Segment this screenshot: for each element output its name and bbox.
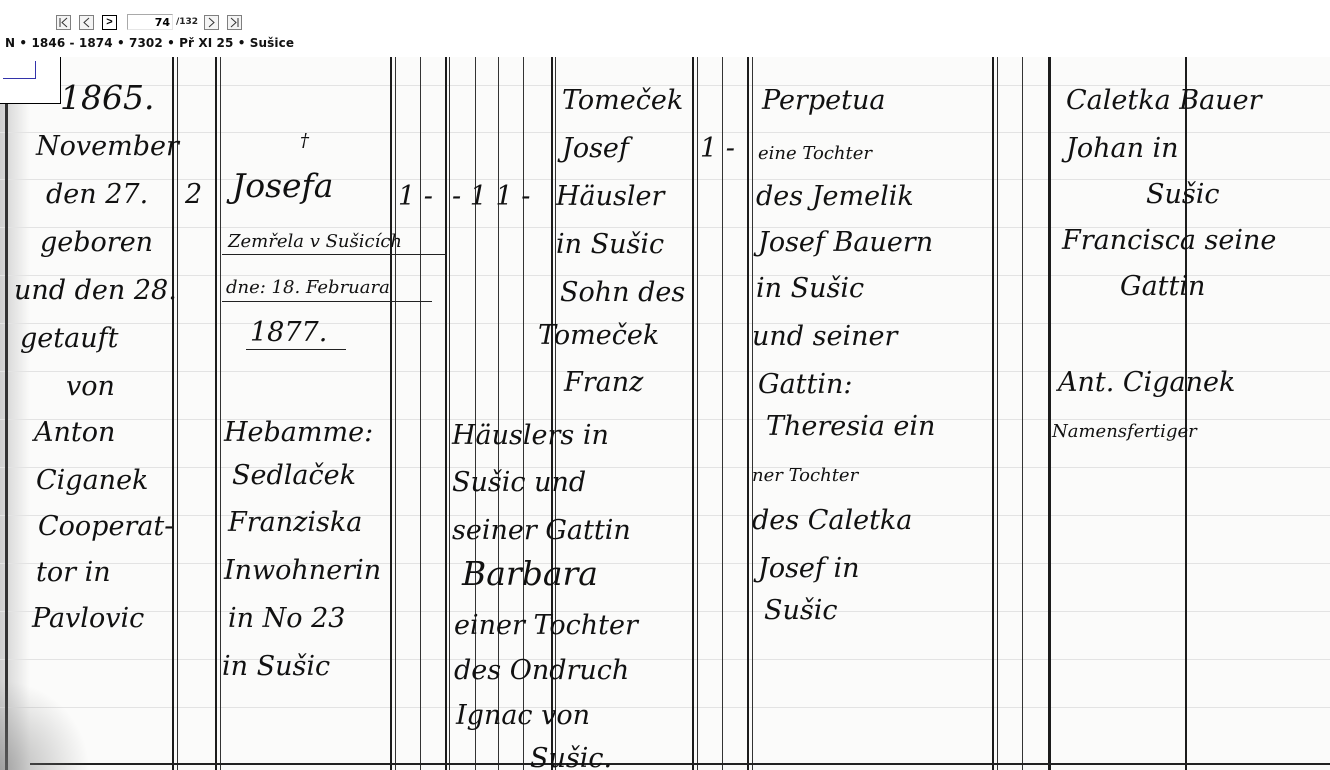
godparents-text: Gattin xyxy=(1120,273,1205,300)
mother-father-surname: des Jemelik xyxy=(756,183,914,210)
father-text: Sušic. xyxy=(530,745,612,770)
father-text: Häuslers in xyxy=(452,422,609,449)
entry-month: November xyxy=(36,133,179,160)
baptizer-name: Anton xyxy=(34,419,115,446)
column-rule xyxy=(172,57,174,770)
father-tally: 1 - xyxy=(700,135,735,162)
mother-grandfather-name: Josef in xyxy=(758,555,860,582)
mother-text: ner Tochter xyxy=(752,467,858,485)
entry-year: 1865. xyxy=(60,81,154,114)
previous-page-button[interactable] xyxy=(79,15,94,30)
column-rule xyxy=(692,57,694,770)
house-number: 2 xyxy=(185,181,202,208)
mother-mother-name: Theresia ein xyxy=(766,413,935,440)
mother-text: Sušic xyxy=(764,597,838,624)
page-number-input[interactable] xyxy=(127,14,173,30)
death-year-underline xyxy=(246,349,346,350)
entry-date-line: getauft xyxy=(20,325,118,352)
entry-date-line: den 27. xyxy=(46,181,148,208)
column-rule xyxy=(747,57,749,770)
last-page-icon xyxy=(229,17,240,28)
column-rule xyxy=(390,57,392,770)
signature-role: Namensfertiger xyxy=(1052,423,1197,441)
father-text: Häusler xyxy=(556,183,664,210)
column-rule xyxy=(992,57,994,770)
father-text: einer Tochter xyxy=(454,612,638,639)
column-rule xyxy=(220,57,221,770)
signature-name: Ant. Ciganek xyxy=(1058,369,1235,396)
mother-text: eine Tochter xyxy=(758,145,872,163)
great-grandfather-name: Ignac von xyxy=(456,702,590,729)
godfather-name: Johan in xyxy=(1066,135,1179,162)
midwife-label: Hebamme: xyxy=(224,419,373,446)
godmother-name: Francisca seine xyxy=(1062,227,1276,254)
mother-father-name: Josef Bauern xyxy=(758,229,933,256)
next-page-icon xyxy=(206,17,217,28)
column-rule xyxy=(215,57,217,770)
death-year: 1877. xyxy=(250,319,327,346)
ruling-line xyxy=(0,467,1330,468)
next-page-button[interactable] xyxy=(204,15,219,30)
father-text: seiner Gattin xyxy=(452,517,631,544)
column-rule xyxy=(1022,57,1023,770)
mother-grandfather-surname: des Caletka xyxy=(752,507,912,534)
entry-date-line: geboren xyxy=(40,229,153,256)
death-note-underline xyxy=(222,301,432,302)
father-text: Sušic und xyxy=(452,469,586,496)
entry-date-line: und den 28. xyxy=(14,277,177,304)
father-text: Sohn des xyxy=(560,279,685,306)
midwife-house: in No 23 xyxy=(228,605,345,632)
ruling-line xyxy=(0,611,1330,612)
grandfather-name: Franz xyxy=(564,369,643,396)
father-name: Josef xyxy=(562,135,629,162)
ruling-line xyxy=(0,707,1330,708)
death-note-underline xyxy=(222,254,447,255)
midwife-surname: Sedlaček xyxy=(232,462,356,489)
midwife-name: Franziska xyxy=(228,509,362,536)
death-note: dne: 18. Februara xyxy=(226,279,390,297)
mother-name: Perpetua xyxy=(762,87,885,114)
column-rule xyxy=(395,57,396,770)
page-navigation-toolbar: > /132 xyxy=(56,13,250,31)
column-rule xyxy=(449,57,450,770)
baptizer-title: Cooperat- xyxy=(38,513,173,540)
viewport-indicator[interactable] xyxy=(3,61,36,79)
column-rule xyxy=(697,57,698,770)
mother-text: in Sušic xyxy=(756,275,864,302)
last-page-button[interactable] xyxy=(227,15,242,30)
mother-text: Gattin: xyxy=(758,371,853,398)
column-rule xyxy=(445,57,447,770)
go-to-page-button[interactable]: > xyxy=(102,15,117,30)
previous-page-icon xyxy=(81,17,92,28)
ruling-line xyxy=(0,323,1330,324)
death-note: Zemřela v Sušicích xyxy=(228,233,402,251)
column-rule xyxy=(5,57,8,770)
great-grandfather: des Ondruch xyxy=(454,657,629,684)
death-cross: † xyxy=(300,132,309,150)
grandfather-surname: Tomeček xyxy=(538,322,659,349)
godfather-surname: Caletka Bauer xyxy=(1066,87,1261,114)
father-text: in Sušic xyxy=(556,231,664,258)
father-surname: Tomeček xyxy=(562,87,683,114)
register-scan-image[interactable]: 1865. November den 27. geboren und den 2… xyxy=(0,57,1330,770)
column-rule xyxy=(997,57,998,770)
record-title: N • 1846 - 1874 • 7302 • Př XI 25 • Suši… xyxy=(5,36,294,50)
ruling-line xyxy=(0,659,1330,660)
column-rule xyxy=(420,57,421,770)
column-rule xyxy=(1185,57,1187,770)
column-rule xyxy=(177,57,178,770)
first-page-icon xyxy=(58,17,69,28)
baptizer-surname: Ciganek xyxy=(36,467,148,494)
ruling-line xyxy=(0,419,1330,420)
tally-mark: 1 - xyxy=(398,183,433,210)
entry-date-line: von xyxy=(66,373,115,400)
first-page-button[interactable] xyxy=(56,15,71,30)
scan-overview-navigator[interactable] xyxy=(0,57,61,104)
baptizer-title: tor in xyxy=(36,559,111,586)
midwife-status: Inwohnerin xyxy=(224,557,381,584)
column-rule xyxy=(752,57,753,770)
ruling-line xyxy=(0,515,1330,516)
page-bottom-rule xyxy=(30,763,1330,765)
tally-mark: - 1 1 - xyxy=(452,183,530,210)
ruling-line xyxy=(0,563,1330,564)
page-total-label: /132 xyxy=(176,17,198,27)
child-name: Josefa xyxy=(232,169,333,202)
midwife-place: in Sušic xyxy=(222,653,330,680)
godparents-place: Sušic xyxy=(1146,181,1220,208)
column-rule xyxy=(1048,57,1051,770)
grandmother-name: Barbara xyxy=(462,557,598,590)
baptizer-place: Pavlovic xyxy=(32,605,144,632)
mother-text: und seiner xyxy=(752,323,897,350)
